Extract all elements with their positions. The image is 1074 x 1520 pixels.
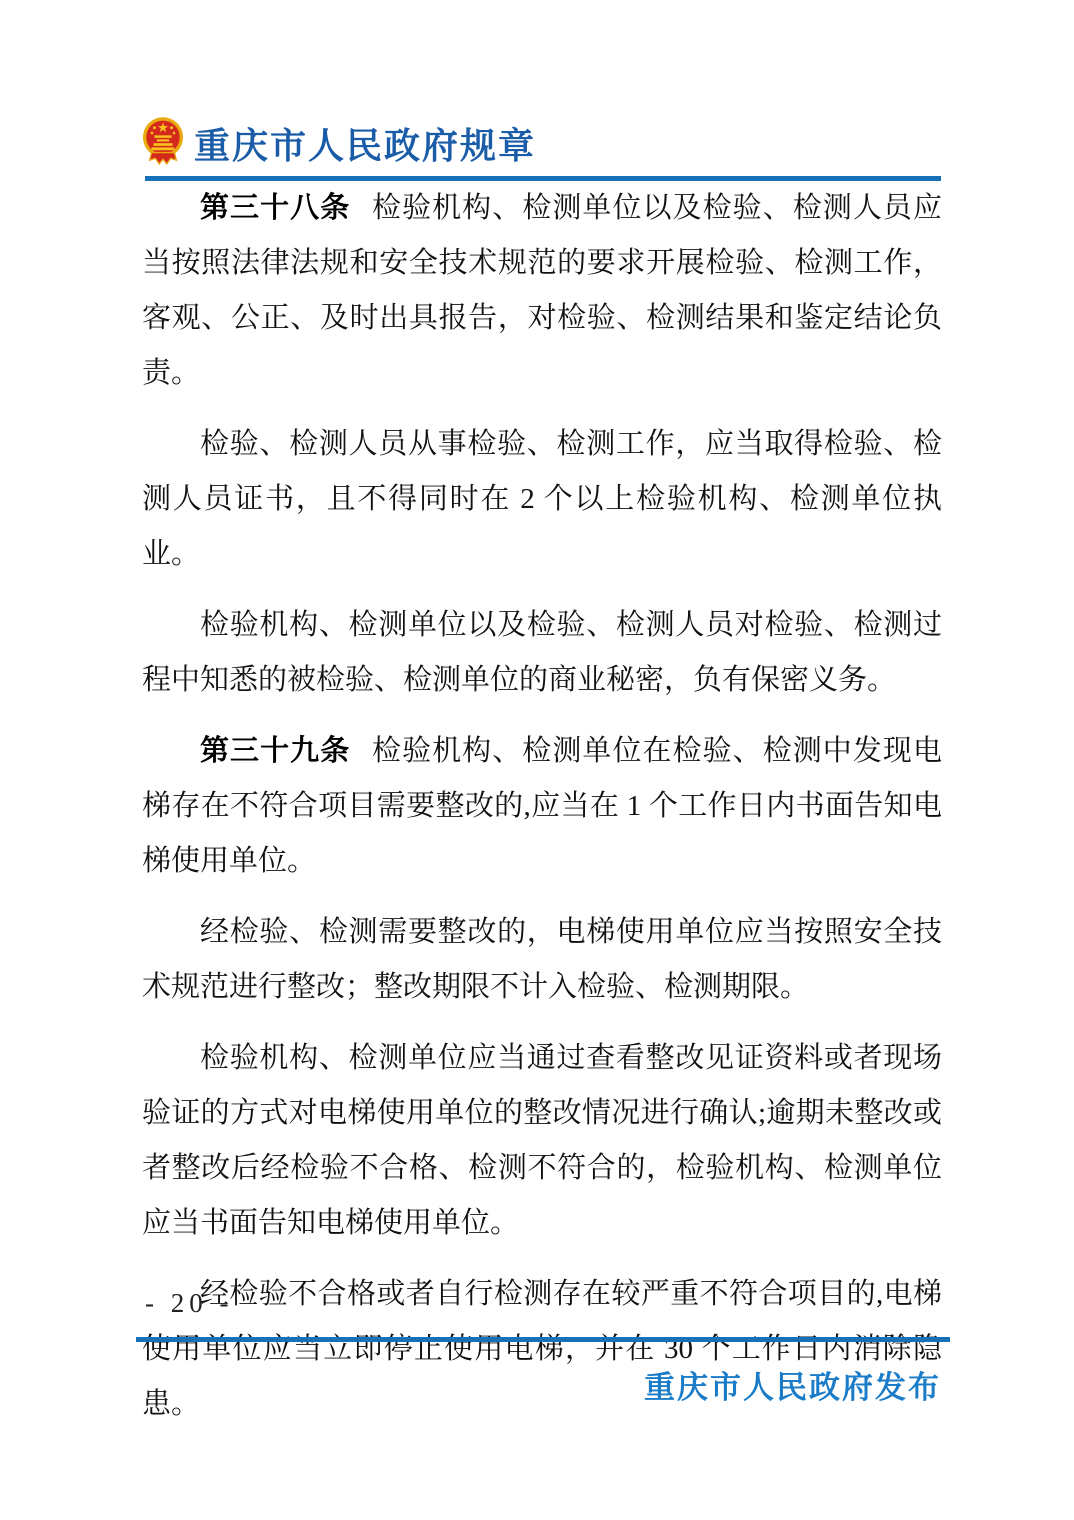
footer-divider bbox=[136, 1337, 950, 1342]
paragraph-article-38: 第三十八条检验机构、检测单位以及检验、检测人员应当按照法律法规和安全技术规范的要… bbox=[142, 181, 942, 401]
paragraph-text: 经检验、检测需要整改的，电梯使用单位应当按照安全技术规范进行整改；整改期限不计入… bbox=[142, 916, 942, 1003]
paragraph: 经检验不合格或者自行检测存在较严重不符合项目的,电梯使用单位应当立即停止使用电梯… bbox=[142, 1267, 942, 1432]
paragraph: 检验机构、检测单位以及检验、检测人员对检验、检测过程中知悉的被检验、检测单位的商… bbox=[142, 598, 942, 708]
page-header: 重庆市人民政府规章 bbox=[142, 114, 536, 172]
paragraph: 经检验、检测需要整改的，电梯使用单位应当按照安全技术规范进行整改；整改期限不计入… bbox=[142, 905, 942, 1015]
article-39-label: 第三十九条 bbox=[200, 735, 350, 767]
document-body: 第三十八条检验机构、检测单位以及检验、检测人员应当按照法律法规和安全技术规范的要… bbox=[142, 181, 942, 1448]
paragraph-text: 检验、检测人员从事检验、检测工作，应当取得检验、检测人员证书，且不得同时在 2 … bbox=[142, 428, 942, 570]
page-title: 重庆市人民政府规章 bbox=[194, 118, 536, 169]
paragraph-text: 检验机构、检测单位以及检验、检测人员对检验、检测过程中知悉的被检验、检测单位的商… bbox=[142, 609, 942, 696]
paragraph: 检验、检测人员从事检验、检测工作，应当取得检验、检测人员证书，且不得同时在 2 … bbox=[142, 417, 942, 582]
publisher-label: 重庆市人民政府发布 bbox=[644, 1362, 941, 1407]
article-38-label: 第三十八条 bbox=[200, 192, 350, 224]
paragraph-text: 检验机构、检测单位应当通过查看整改见证资料或者现场验证的方式对电梯使用单位的整改… bbox=[142, 1042, 942, 1239]
document-page: 重庆市人民政府规章 第三十八条检验机构、检测单位以及检验、检测人员应当按照法律法… bbox=[0, 0, 1074, 1520]
paragraph: 检验机构、检测单位应当通过查看整改见证资料或者现场验证的方式对电梯使用单位的整改… bbox=[142, 1031, 942, 1251]
page-number: - 20 - bbox=[145, 1288, 233, 1319]
china-national-emblem-icon bbox=[142, 114, 184, 172]
paragraph-article-39: 第三十九条检验机构、检测单位在检验、检测中发现电梯存在不符合项目需要整改的,应当… bbox=[142, 724, 942, 889]
